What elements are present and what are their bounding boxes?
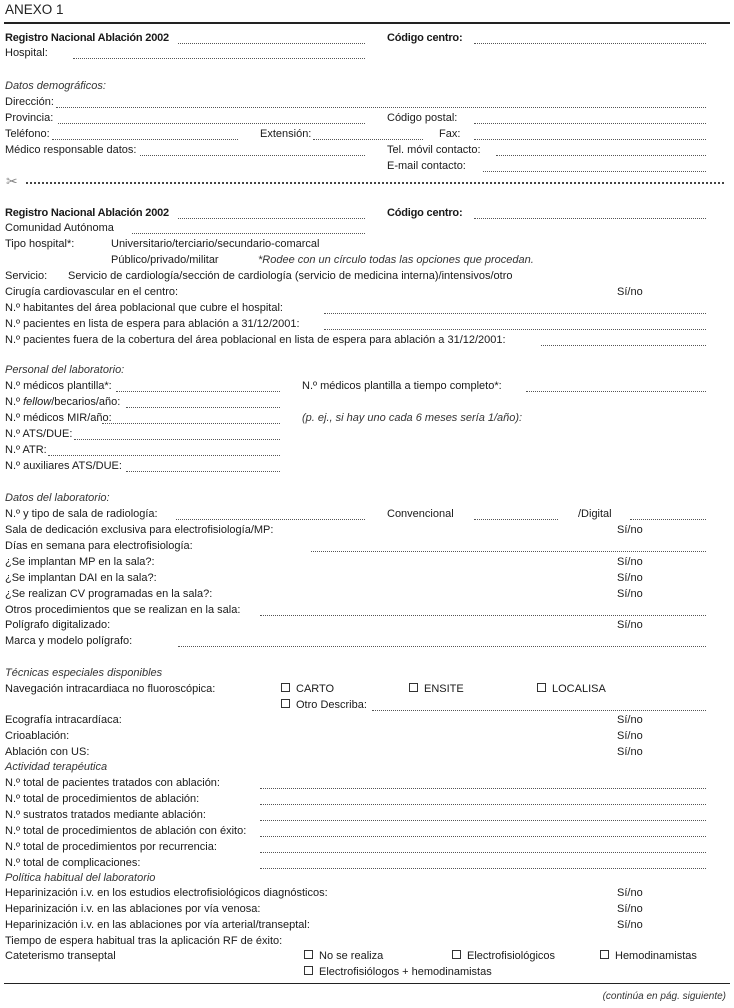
cv-sino[interactable]: Sí/no (617, 588, 643, 601)
codigo-centro-field[interactable] (474, 42, 706, 44)
pacientes-fuera-label: N.º pacientes fuera de la cobertura del … (5, 334, 506, 347)
page-title: ANEXO 1 (5, 3, 64, 16)
option-ensite-label: ENSITE (424, 683, 464, 695)
scissors-icon: ✂ (6, 173, 18, 190)
convencional-field[interactable] (474, 518, 558, 520)
cat-option-electro[interactable]: Electrofisiológicos (452, 950, 555, 963)
hep-diag-label: Heparinización i.v. en los estudios elec… (5, 887, 328, 900)
habitantes-field[interactable] (324, 312, 706, 314)
registro-heading: Registro Nacional Ablación 2002 (5, 32, 169, 45)
sala-exclusiva-sino[interactable]: Sí/no (617, 524, 643, 537)
crio-label: Crioablación: (5, 730, 69, 743)
hep-diag-sino[interactable]: Sí/no (617, 887, 643, 900)
cut-line (26, 182, 724, 184)
cat-option-no[interactable]: No se realiza (304, 950, 383, 963)
poligrafo-label: Polígrafo digitalizado: (5, 619, 110, 632)
mp-label: ¿Se implantan MP en la sala?: (5, 556, 155, 569)
ats-label: N.º ATS/DUE: (5, 428, 72, 441)
actividad-field-5[interactable] (260, 867, 706, 869)
cat-option-no-label: No se realiza (319, 950, 383, 962)
checkbox-icon[interactable] (452, 950, 461, 959)
hep-venosa-label: Heparinización i.v. en las ablaciones po… (5, 903, 260, 916)
eco-label: Ecografía intracardíaca: (5, 714, 122, 727)
option-localisa-label: LOCALISA (552, 683, 606, 695)
option-carto[interactable]: CARTO (281, 683, 334, 696)
telefono-field[interactable] (52, 138, 238, 140)
actividad-item-0: N.º total de pacientes tratados con abla… (5, 777, 220, 790)
option-otro-label: Otro Describa: (296, 699, 367, 711)
hep-venosa-sino[interactable]: Sí/no (617, 903, 643, 916)
cirugia-label: Cirugía cardiovascular en el centro: (5, 286, 178, 299)
codigo-postal-label: Código postal: (387, 112, 457, 125)
codigo-centro-field-2[interactable] (474, 217, 706, 219)
actividad-field-1[interactable] (260, 803, 706, 805)
tipo-hospital-note: *Rodee con un círculo todas las opciones… (258, 254, 534, 267)
option-carto-label: CARTO (296, 683, 334, 695)
digital-field[interactable] (630, 518, 706, 520)
auxiliares-label: N.º auxiliares ATS/DUE: (5, 460, 122, 473)
medico-field[interactable] (140, 154, 365, 156)
actividad-heading: Actividad terapéutica (5, 761, 107, 774)
medicos-plantilla-label: N.º médicos plantilla*: (5, 380, 112, 393)
sala-radiologia-label: N.º y tipo de sala de radiología: (5, 508, 158, 521)
navegacion-label: Navegación intracardiaca no fluoroscópic… (5, 683, 215, 696)
politica-heading: Política habitual del laboratorio (5, 872, 155, 885)
actividad-field-0[interactable] (260, 787, 706, 789)
medicos-completo-label: N.º médicos plantilla a tiempo completo*… (302, 380, 502, 393)
otros-field[interactable] (260, 614, 706, 616)
crio-sino[interactable]: Sí/no (617, 730, 643, 743)
fellow-prefix: N.º (5, 396, 23, 408)
tipo-hospital-options-2[interactable]: Público/privado/militar (111, 254, 219, 267)
codigo-centro-label: Código centro: (387, 32, 462, 45)
marca-field[interactable] (178, 645, 706, 647)
footer-divider (4, 983, 730, 984)
medicos-completo-field[interactable] (526, 390, 706, 392)
us-label: Ablación con US: (5, 746, 89, 759)
actividad-field-2[interactable] (260, 819, 706, 821)
dias-label: Días en semana para electrofisiología: (5, 540, 193, 553)
ats-field[interactable] (74, 438, 280, 440)
checkbox-icon[interactable] (409, 683, 418, 692)
option-otro[interactable]: Otro Describa: (281, 699, 367, 712)
hep-arterial-label: Heparinización i.v. en las ablaciones po… (5, 919, 310, 932)
hospital-field[interactable] (73, 57, 365, 59)
tecnicas-heading: Técnicas especiales disponibles (5, 667, 162, 680)
provincia-field[interactable] (58, 122, 365, 124)
extension-label: Extensión: (260, 128, 311, 141)
cv-label: ¿Se realizan CV programadas en la sala?: (5, 588, 212, 601)
provincia-label: Provincia: (5, 112, 53, 125)
option-localisa[interactable]: LOCALISA (537, 683, 606, 696)
mir-field[interactable] (102, 422, 280, 424)
hep-arterial-sino[interactable]: Sí/no (617, 919, 643, 932)
cat-option-hemo[interactable]: Hemodinamistas (600, 950, 697, 963)
fax-label: Fax: (439, 128, 460, 141)
pacientes-lista-field[interactable] (324, 328, 706, 330)
checkbox-icon[interactable] (281, 699, 290, 708)
mir-label: N.º médicos MIR/año: (5, 412, 112, 425)
telefono-label: Teléfono: (5, 128, 50, 141)
checkbox-icon[interactable] (281, 683, 290, 692)
pacientes-fuera-field[interactable] (541, 344, 706, 346)
dai-sino[interactable]: Sí/no (617, 572, 643, 585)
laboratorio-heading: Datos del laboratorio: (5, 492, 110, 505)
email-field[interactable] (483, 170, 706, 172)
tel-movil-field[interactable] (496, 154, 706, 156)
registro-field[interactable] (178, 42, 365, 44)
digital-label: /Digital (578, 508, 612, 521)
atr-label: N.º ATR: (5, 444, 47, 457)
email-label: E-mail contacto: (387, 160, 466, 173)
sala-radiologia-field[interactable] (176, 518, 365, 520)
option-ensite[interactable]: ENSITE (409, 683, 464, 696)
fax-field[interactable] (474, 138, 706, 140)
registro-field-2[interactable] (178, 217, 365, 219)
direccion-field[interactable] (56, 106, 706, 108)
demograficos-heading: Datos demográficos: (5, 80, 106, 93)
actividad-item-3: N.º total de procedimientos de ablación … (5, 825, 246, 838)
actividad-item-2: N.º sustratos tratados mediante ablación… (5, 809, 206, 822)
actividad-item-5: N.º total de complicaciones: (5, 857, 140, 870)
eco-sino[interactable]: Sí/no (617, 714, 643, 727)
checkbox-icon[interactable] (304, 950, 313, 959)
actividad-field-3[interactable] (260, 835, 706, 837)
otros-label: Otros procedimientos que se realizan en … (5, 604, 240, 617)
mir-note: (p. ej., si hay uno cada 6 meses sería 1… (302, 412, 522, 425)
medico-label: Médico responsable datos: (5, 144, 136, 157)
us-sino[interactable]: Sí/no (617, 746, 643, 759)
auxiliares-field[interactable] (126, 470, 280, 472)
codigo-postal-field[interactable] (474, 122, 706, 124)
marca-label: Marca y modelo polígrafo: (5, 635, 132, 648)
medicos-plantilla-field[interactable] (116, 390, 280, 392)
dias-field[interactable] (311, 550, 706, 552)
tel-movil-label: Tel. móvil contacto: (387, 144, 481, 157)
convencional-label: Convencional (387, 508, 454, 521)
mp-sino[interactable]: Sí/no (617, 556, 643, 569)
tiempo-label: Tiempo de espera habitual tras la aplica… (5, 935, 282, 948)
cateterismo-label: Cateterismo transeptal (5, 950, 116, 963)
cat-option-hemo-label: Hemodinamistas (615, 950, 697, 962)
dai-label: ¿Se implantan DAI en la sala?: (5, 572, 157, 585)
cat-option-ambos[interactable]: Electrofisiólogos + hemodinamistas (304, 966, 492, 979)
atr-field[interactable] (48, 454, 280, 456)
fellow-field[interactable] (126, 406, 280, 408)
actividad-item-1: N.º total de procedimientos de ablación: (5, 793, 199, 806)
sala-exclusiva-label: Sala de dedicación exclusiva para electr… (5, 524, 273, 537)
personal-heading: Personal del laboratorio: (5, 364, 124, 377)
comunidad-label: Comunidad Autónoma (5, 222, 114, 235)
extension-field[interactable] (313, 138, 423, 140)
checkbox-icon[interactable] (537, 683, 546, 692)
actividad-item-4: N.º total de procedimientos por recurren… (5, 841, 217, 854)
comunidad-field[interactable] (132, 232, 365, 234)
habitantes-label: N.º habitantes del área poblacional que … (5, 302, 283, 315)
cat-option-ambos-label: Electrofisiólogos + hemodinamistas (319, 966, 492, 978)
hospital-label: Hospital: (5, 47, 48, 60)
cat-option-electro-label: Electrofisiológicos (467, 950, 555, 962)
tipo-hospital-label: Tipo hospital*: (5, 238, 74, 251)
cirugia-sino[interactable]: Sí/no (617, 286, 643, 299)
registro-heading-2: Registro Nacional Ablación 2002 (5, 207, 169, 220)
checkbox-icon[interactable] (304, 966, 313, 975)
fellow-label: N.º fellow/becarios/año: (5, 396, 120, 409)
otro-field[interactable] (372, 709, 706, 711)
servicio-label: Servicio: (5, 270, 47, 283)
actividad-field-4[interactable] (260, 851, 706, 853)
poligrafo-sino[interactable]: Sí/no (617, 619, 643, 632)
pacientes-lista-label: N.º pacientes en lista de espera para ab… (5, 318, 300, 331)
fellow-suffix: /becarios/año: (51, 396, 120, 408)
tipo-hospital-options-1[interactable]: Universitario/terciario/secundario-comar… (111, 238, 319, 251)
continua-note: (continúa en pág. siguiente) (603, 991, 726, 1002)
fellow-italic: fellow (23, 396, 51, 408)
direccion-label: Dirección: (5, 96, 54, 109)
servicio-options[interactable]: Servicio de cardiología/sección de cardi… (68, 270, 513, 283)
header-divider (4, 22, 730, 24)
checkbox-icon[interactable] (600, 950, 609, 959)
codigo-centro-label-2: Código centro: (387, 207, 462, 220)
